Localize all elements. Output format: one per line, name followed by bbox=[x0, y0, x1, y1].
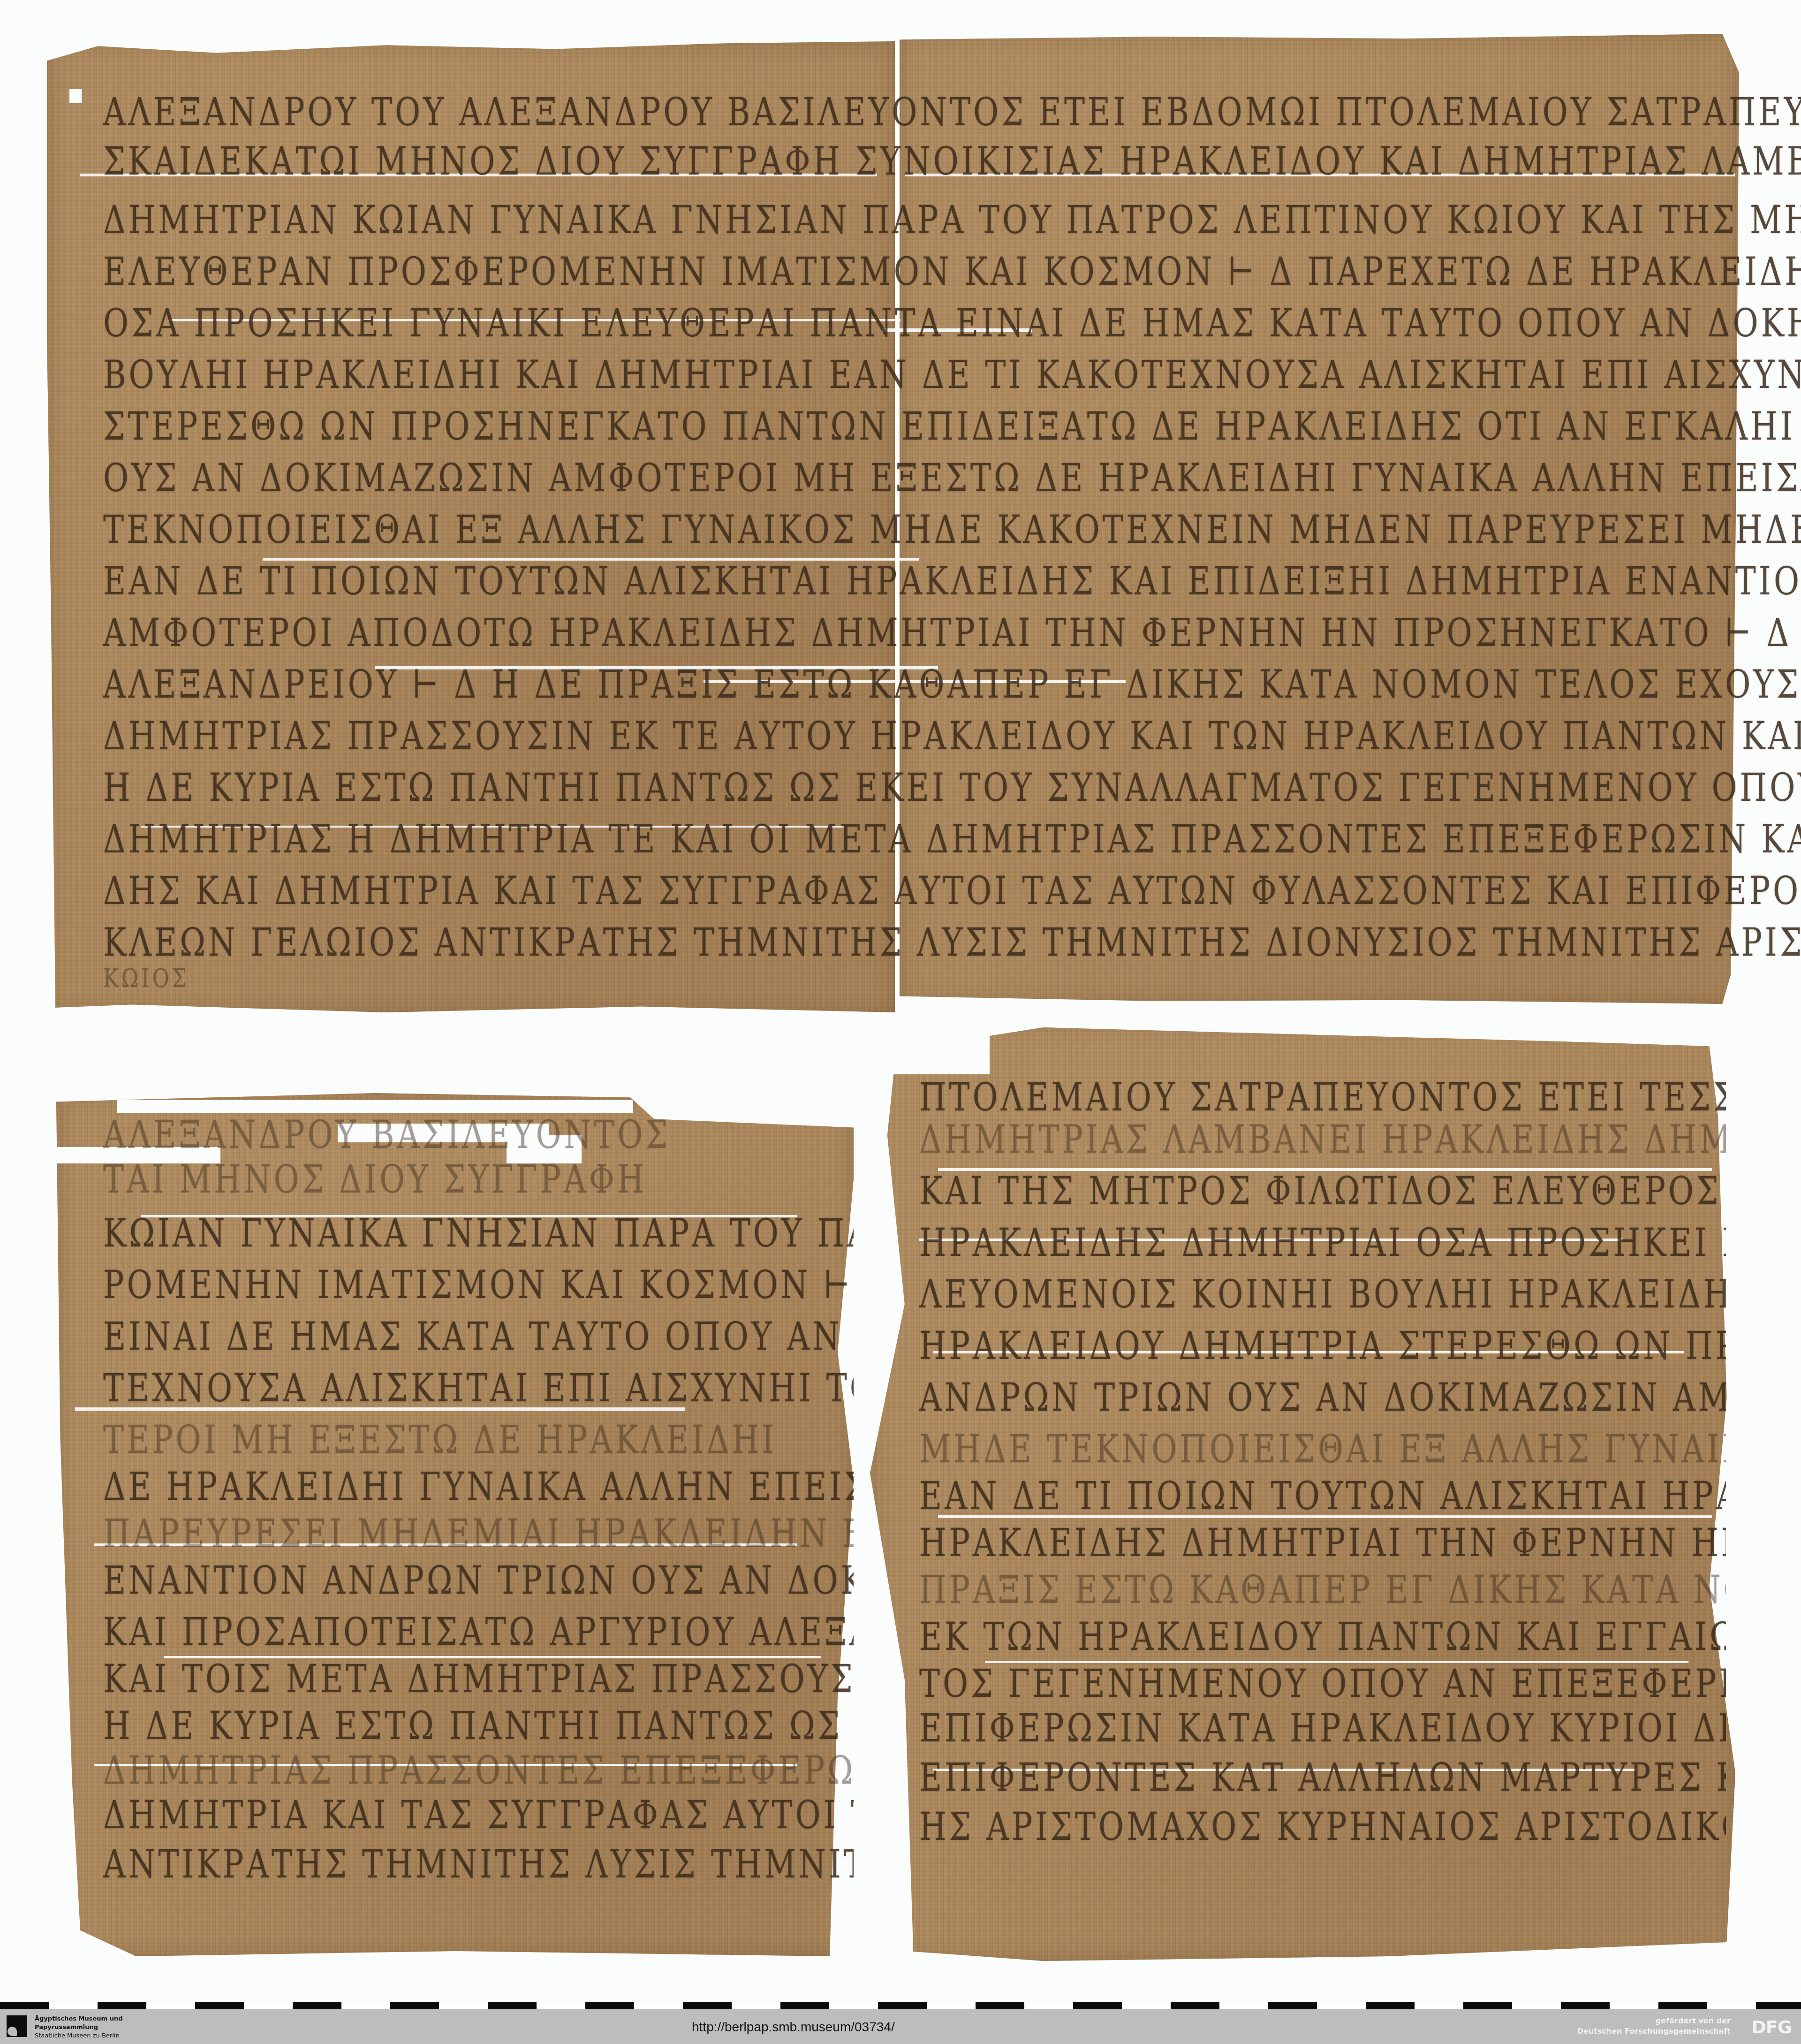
dfg-logo-icon: DFG bbox=[1751, 2017, 1792, 2037]
text-line: ΔΗΜΗΤΡΙΑΣ ΛΑΜΒΑΝΕΙ ΗΡΑΚΛΕΙΔΗΣ ΔΗΜΗΤΡΙ bbox=[919, 1117, 1726, 1162]
text-line: ΑΛΕΞΑΝΔΡΕΙΟΥ ⊢ Δ Η ΔΕ ΠΡΑΞΙΣ ΕΣΤΩ ΚΑΘΑΠΕ… bbox=[103, 661, 1801, 707]
text-line: ΚΩΙΟΣ bbox=[103, 964, 189, 994]
text-line: ΤΕΧΝΟΥΣΑ ΑΛΙΣΚΗΤΑΙ ΕΠΙ ΑΙΣΧΥΝΗΙ ΤΟΥ ΑΝΔΡ… bbox=[103, 1365, 854, 1410]
text-line: ΜΗΔΕ ΤΕΚΝΟΠΟΙΕΙΣΘΑΙ ΕΞ ΑΛΛΗΣ ΓΥΝΑΙΚΟΣ ΜΗ… bbox=[919, 1426, 1726, 1471]
text-line: ΕΠΙΦΕΡΩΣΙΝ ΚΑΤΑ ΗΡΑΚΛΕΙΔΟΥ ΚΥΡΙΟΙ ΔΕ ΕΣΤ… bbox=[919, 1705, 1726, 1750]
text-line: ΠΑΡΕΥΡΕΣΕΙ ΜΗΔΕΜΙΑΙ ΗΡΑΚΛΕΙΔΗΝ ΕΙΣ ΔΗΜΗΤ… bbox=[103, 1511, 854, 1556]
funding-credit: gefördert von der Deutschen Forschungsge… bbox=[1577, 2016, 1731, 2036]
text-line: ΑΛΕΞΑΝΔΡΟΥ ΒΑΣΙΛΕΥΟΝΤΟΣ bbox=[103, 1117, 670, 1157]
hole bbox=[69, 89, 82, 103]
funding-line1: gefördert von der bbox=[1577, 2016, 1731, 2026]
footer: Ägyptisches Museum und Papyrussammlung S… bbox=[0, 2009, 1801, 2044]
gap bbox=[872, 1023, 990, 1074]
gap bbox=[117, 1100, 633, 1113]
text-line: ΠΤΟΛΕΜΑΙΟΥ ΣΑΤΡΑΠΕΥΟΝΤΟΣ ΕΤΕΙ ΤΕΣΣΑΡΕΣΚΑ… bbox=[919, 1079, 1726, 1120]
text-line: ΣΤΕΡΕΣΘΩ ΩΝ ΠΡΟΣΗΝΕΓΚΑΤΟ ΠΑΝΤΩΝ ΕΠΙΔΕΙΞΑ… bbox=[103, 403, 1801, 448]
text-line: ΚΑΙ ΤΗΣ ΜΗΤΡΟΣ ΦΙΛΩΤΙΔΟΣ ΕΛΕΥΘΕΡΟΣ bbox=[919, 1168, 1721, 1213]
text-line: ΟΣΑ ΠΡΟΣΗΚΕΙ ΓΥΝΑΙΚΙ ΕΛΕΥΘΕΡΑΙ ΠΑΝΤΑ ΕΙΝ… bbox=[103, 300, 1801, 345]
text-line: ΔΗΜΗΤΡΙΑΣ ΠΡΑΣΣΟΥΣΙΝ ΕΚ ΤΕ ΑΥΤΟΥ ΗΡΑΚΛΕΙ… bbox=[103, 713, 1801, 758]
object-url-link[interactable]: http://berlpap.smb.museum/03734/ bbox=[692, 2020, 895, 2035]
text-line: ΑΝΔΡΩΝ ΤΡΙΩΝ ΟΥΣ ΑΝ ΔΟΚΙΜΑΖΩΣΙΝ ΑΜΦΟΤΕΡΟ… bbox=[919, 1375, 1726, 1420]
text-line: Η ΔΕ ΚΥΡΙΑ ΕΣΤΩ ΠΑΝΤΗΙ ΠΑΝΤΩΣ ΩΣ ΕΚΕΙ ΤΟ… bbox=[103, 1703, 854, 1748]
text-line: ΠΡΑΞΙΣ ΕΣΤΩ ΚΑΘΑΠΕΡ ΕΓ ΔΙΚΗΣ ΚΑΤΑ ΝΟΜΟΝ … bbox=[919, 1567, 1726, 1612]
text-line: ΑΜΦΟΤΕΡΟΙ ΑΠΟΔΟΤΩ ΗΡΑΚΛΕΙΔΗΣ ΔΗΜΗΤΡΙΑΙ Τ… bbox=[103, 610, 1801, 655]
text-line: ΤΕΡΟΙ ΜΗ ΕΞΕΣΤΩ ΔΕ ΗΡΑΚΛΕΙΔΗΙ bbox=[103, 1417, 777, 1462]
text-line: Η ΔΕ ΚΥΡΙΑ ΕΣΤΩ ΠΑΝΤΗΙ ΠΑΝΤΩΣ ΩΣ ΕΚΕΙ ΤΟ… bbox=[103, 765, 1801, 810]
text-line: ΔΗΜΗΤΡΙΑ ΚΑΙ ΤΑΣ ΣΥΓΓΡΑΦΑΣ ΑΥΤΟΙ ΤΑΣ ΑΥΤ… bbox=[103, 1792, 854, 1837]
text-line: ΤΑΙ ΜΗΝΟΣ ΔΙΟΥ ΣΥΓΓΡΑΦΗ bbox=[103, 1156, 647, 1201]
text-line: ΔΗΜΗΤΡΙΑΣ Η ΔΗΜΗΤΡΙΑ ΤΕ ΚΑΙ ΟΙ ΜΕΤΑ ΔΗΜΗ… bbox=[103, 816, 1801, 861]
text-line: ΕΑΝ ΔΕ ΤΙ ΠΟΙΩΝ ΤΟΥΤΩΝ ΑΛΙΣΚΗΤΑΙ ΗΡΑΚΛΕΙ… bbox=[103, 558, 1801, 603]
text-line: ΚΩΙΑΝ ΓΥΝΑΙΚΑ ΓΝΗΣΙΑΝ ΠΑΡΑ ΤΟΥ ΠΑΤΡΟΣ ΛΕ… bbox=[103, 1210, 854, 1255]
text-line: ΕΠΙΦΕΡΟΝΤΕΣ ΚΑΤ ΑΛΛΗΛΩΝ ΜΑΡΤΥΡΕΣ ΚΛΕΩΝ Γ… bbox=[919, 1755, 1726, 1800]
text-line: ΔΗΜΗΤΡΙΑΝ ΚΩΙΑΝ ΓΥΝΑΙΚΑ ΓΝΗΣΙΑΝ ΠΑΡΑ ΤΟΥ… bbox=[103, 197, 1801, 242]
text-line: ΤΟΣ ΓΕΓΕΝΗΜΕΝΟΥ ΟΠΟΥ ΑΝ ΕΠΕΞΕΦΕΡΗΙ ΗΡΑΚΛ… bbox=[919, 1661, 1726, 1706]
text-line: ΗΡΑΚΛΕΙΔΟΥ ΔΗΜΗΤΡΙΑ ΣΤΕΡΕΣΘΩ ΩΝ ΠΡΟΣΗΝΕΓ… bbox=[919, 1323, 1726, 1368]
text-line: ΚΛΕΩΝ ΓΕΛΩΙΟΣ ΑΝΤΙΚΡΑΤΗΣ ΤΗΜΝΙΤΗΣ ΛΥΣΙΣ … bbox=[103, 919, 1801, 965]
text-line: ΚΑΙ ΤΟΙΣ ΜΕΤΑ ΔΗΜΗΤΡΙΑΣ ΠΡΑΣΣΟΥΣΙΝ ΕΚ ΤΕ… bbox=[103, 1656, 854, 1701]
text-line: ΗΡΑΚΛΕΙΔΗΣ ΔΗΜΗΤΡΙΑΙ ΟΣΑ ΠΡΟΣΗΚΕΙ ΓΥΝΑΙΚ… bbox=[919, 1220, 1726, 1265]
text-line: ΔΗΜΗΤΡΙΑΣ ΠΡΑΣΣΟΝΤΕΣ ΕΠΕΞΕΦΕΡΩΣΙΝ ΚΑΤΑ Η… bbox=[103, 1748, 854, 1793]
lower-right-text-block: ΠΤΟΛΕΜΑΙΟΥ ΣΑΤΡΑΠΕΥΟΝΤΟΣ ΕΤΕΙ ΤΕΣΣΑΡΕΣΚΑ… bbox=[919, 1079, 1726, 1877]
text-line: ΔΗΣ ΚΑΙ ΔΗΜΗΤΡΙΑ ΚΑΙ ΤΑΣ ΣΥΓΓΡΑΦΑΣ ΑΥΤΟΙ… bbox=[103, 868, 1801, 913]
text-line: ΗΣ ΑΡΙΣΤΟΜΑΧΟΣ ΚΥΡΗΝΑΙΟΣ ΑΡΙΣΤΟΔΙΚΟΣ ΚΩΙ… bbox=[919, 1804, 1726, 1849]
text-line: ΛΕΥΟΜΕΝΟΙΣ ΚΟΙΝΗΙ ΒΟΥΛΗΙ ΗΡΑΚΛΕΙΔΗΙ ΚΑΙ … bbox=[919, 1271, 1726, 1316]
text-line: ΕΑΝ ΔΕ ΤΙ ΠΟΙΩΝ ΤΟΥΤΩΝ ΑΛΙΣΚΗΤΑΙ ΗΡΑΚΛΕΙ… bbox=[919, 1473, 1726, 1518]
text-line: ΤΕΚΝΟΠΟΙΕΙΣΘΑΙ ΕΞ ΑΛΛΗΣ ΓΥΝΑΙΚΟΣ ΜΗΔΕ ΚΑ… bbox=[103, 507, 1801, 552]
text-line: ΕΚ ΤΩΝ ΗΡΑΚΛΕΙΔΟΥ ΠΑΝΤΩΝ ΚΑΙ ΕΓΓΑΙΩΝ ΚΑΙ… bbox=[919, 1614, 1726, 1659]
text-line: ΑΛΕΞΑΝΔΡΟΥ ΤΟΥ ΑΛΕΞΑΝΔΡΟΥ ΒΑΣΙΛΕΥΟΝΤΟΣ Ε… bbox=[103, 89, 1801, 134]
eagle-icon bbox=[8, 2027, 17, 2036]
museum-eagle-logo-icon bbox=[7, 2015, 27, 2037]
funding-line2: Deutschen Forschungsgemeinschaft bbox=[1577, 2026, 1731, 2036]
text-line: ΕΛΕΥΘΕΡΑΝ ΠΡΟΣΦΕΡΟΜΕΝΗΝ ΙΜΑΤΙΣΜΟΝ ΚΑΙ ΚΟ… bbox=[103, 249, 1801, 294]
text-line: ΕΙΝΑΙ ΔΕ ΗΜΑΣ ΚΑΤΑ ΤΑΥΤΟ ΟΠΟΥ ΑΝ ΔΟΚΗΙ Α… bbox=[103, 1314, 854, 1359]
text-line: ΚΑΙ ΠΡΟΣΑΠΟΤΕΙΣΑΤΩ ΑΡΓΥΡΙΟΥ ΑΛΕΞΑΝΔΡΕΙΟΥ… bbox=[103, 1609, 854, 1654]
text-line: ΔΕ ΗΡΑΚΛΕΙΔΗΙ ΓΥΝΑΙΚΑ ΑΛΛΗΝ ΕΠΕΙΣΑΓΕΣΘΑΙ… bbox=[103, 1464, 854, 1509]
text-line: ΕΝΑΝΤΙΟΝ ΑΝΔΡΩΝ ΤΡΙΩΝ ΟΥΣ ΑΝ ΔΟΚΙΜΑΖΩΣΙΝ… bbox=[103, 1558, 854, 1603]
text-line: ΟΥΣ ΑΝ ΔΟΚΙΜΑΖΩΣΙΝ ΑΜΦΟΤΕΡΟΙ ΜΗ ΕΞΕΣΤΩ Δ… bbox=[103, 455, 1801, 500]
text-line: ΑΝΤΙΚΡΑΤΗΣ ΤΗΜΝΙΤΗΣ ΛΥΣΙΣ ΤΗΜΝΙΤΗΣ ΔΙΟΝΥ… bbox=[103, 1841, 854, 1886]
scale-bar bbox=[0, 2002, 1801, 2009]
museum-name-line2: Papyrussammlung bbox=[35, 2023, 122, 2032]
text-line: ΗΡΑΚΛΕΙΔΗΣ ΔΗΜΗΤΡΙΑΙ ΤΗΝ ΦΕΡΝΗΝ ΗΝ ΠΡΟΣΗ… bbox=[919, 1520, 1726, 1565]
text-line: ΡΟΜΕΝΗΝ ΙΜΑΤΙΣΜΟΝ ΚΑΙ ΚΟΣΜΟΝ ⊢ Δ ΠΑΡΕΧΕΤ… bbox=[103, 1262, 854, 1307]
museum-name-line3: Staatliche Museen zu Berlin bbox=[35, 2032, 122, 2040]
museum-name-line1: Ägyptisches Museum und bbox=[35, 2015, 122, 2023]
text-line: ΣΚΑΙΔΕΚΑΤΩΙ ΜΗΝΟΣ ΔΙΟΥ ΣΥΓΓΡΑΦΗ ΣΥΝΟΙΚΙΣ… bbox=[103, 138, 1801, 183]
lower-left-text-block: ΑΛΕΞΑΝΔΡΟΥ ΒΑΣΙΛΕΥΟΝΤΟΣ ΤΑΙ ΜΗΝΟΣ ΔΙΟΥ Σ… bbox=[103, 1117, 854, 1914]
museum-credit: Ägyptisches Museum und Papyrussammlung S… bbox=[35, 2015, 122, 2040]
text-line: ΒΟΥΛΗΙ ΗΡΑΚΛΕΙΔΗΙ ΚΑΙ ΔΗΜΗΤΡΙΑΙ ΕΑΝ ΔΕ Τ… bbox=[103, 352, 1801, 397]
